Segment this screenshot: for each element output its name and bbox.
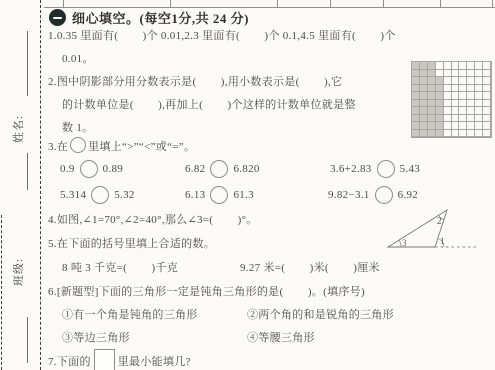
- grid-cell: [483, 100, 491, 108]
- cmp-right: 6.92: [398, 189, 418, 201]
- q3-item: 6.826.820: [185, 160, 260, 178]
- grid-cell: [475, 70, 483, 78]
- grid-cell: [444, 62, 452, 70]
- grid-cell: [459, 92, 467, 100]
- q3-item: 6.1361.3: [185, 186, 254, 204]
- grid-cell: [420, 130, 428, 138]
- grid-cell: [475, 130, 483, 138]
- grid-cell: [459, 85, 467, 93]
- angle-1-label: 1: [440, 236, 445, 246]
- exam-page: 姓名: 班级: 细心填空。(每空1分,共 24 分) 1.0.35 里面有( )…: [0, 0, 495, 370]
- cmp-right: 0.89: [103, 163, 123, 175]
- grid-cell: [444, 100, 452, 108]
- table-edge-tick: [170, 0, 171, 7]
- grid-cell: [475, 100, 483, 108]
- grid-cell: [436, 62, 444, 70]
- grid-cell: [420, 107, 428, 115]
- cmp-right: 6.820: [233, 163, 259, 175]
- grid-cell: [428, 77, 436, 85]
- grid-cell: [475, 62, 483, 70]
- q3-item: 5.3145.32: [60, 186, 135, 204]
- grid-cell: [459, 77, 467, 85]
- grid-cell: [459, 107, 467, 115]
- fold-dashed-line-left: [1, 215, 2, 370]
- grid-cell: [452, 130, 460, 138]
- grid-cell: [452, 107, 460, 115]
- grid-cell: [444, 85, 452, 93]
- grid-cell: [412, 130, 420, 138]
- grid-cell: [420, 115, 428, 123]
- cmp-right: 5.32: [114, 189, 134, 201]
- grid-cell: [475, 122, 483, 130]
- grid-cell: [428, 115, 436, 123]
- margin-line: [27, 31, 28, 96]
- grid-cell: [412, 107, 420, 115]
- grid-cell: [412, 92, 420, 100]
- grid-cell: [483, 77, 491, 85]
- grid-cell: [444, 77, 452, 85]
- grid-cell: [452, 92, 460, 100]
- grid-cell: [467, 115, 475, 123]
- grid-cell: [483, 115, 491, 123]
- q6-text: 6.[新题型]下面的三角形一定是钝角三角形的是( )。(填序号): [48, 283, 365, 299]
- q5-title: 5.在下面的括号里填上合适的数。: [48, 235, 215, 251]
- grid-cell: [483, 62, 491, 70]
- grid-cell: [436, 115, 444, 123]
- comparison-circle-icon: [91, 186, 109, 204]
- grid-cell: [459, 100, 467, 108]
- q5-item1: 8 吨 3 千克=( )千克: [62, 259, 178, 275]
- grid-cell: [412, 77, 420, 85]
- q3-title-pre: 3.在: [48, 141, 68, 153]
- grid-cell: [420, 122, 428, 130]
- grid-cell: [428, 85, 436, 93]
- q2-line1: 2.图中阴影部分用分数表示是( ),用小数表示是( ),它: [48, 73, 342, 89]
- grid-cell: [420, 85, 428, 93]
- grid-cell: [467, 107, 475, 115]
- grid-cell: [475, 115, 483, 123]
- cmp-left: 3.6+2.83: [330, 163, 372, 175]
- margin-line: [27, 153, 28, 190]
- grid-cell: [428, 70, 436, 78]
- grid-cell: [483, 107, 491, 115]
- grid-cell: [436, 77, 444, 85]
- grid-cell: [452, 85, 460, 93]
- grid-cell: [436, 100, 444, 108]
- grid-cell: [452, 62, 460, 70]
- q6-option-2: ②两个角的和是锐角的三角形: [247, 306, 394, 322]
- grid-cell: [467, 92, 475, 100]
- q2-line3: 数 1。: [62, 119, 93, 135]
- answer-box: [94, 349, 115, 370]
- comparison-circle-icon: [210, 160, 228, 178]
- grid-cell: [459, 70, 467, 78]
- grid-cell: [483, 122, 491, 130]
- grid-cell: [436, 130, 444, 138]
- angle-3-label: 3: [402, 238, 407, 248]
- table-edge-tick: [63, 0, 64, 7]
- grid-cell: [412, 62, 420, 70]
- grid-cell: [412, 70, 420, 78]
- grid-cell: [428, 122, 436, 130]
- table-edge-tick: [440, 0, 441, 7]
- cmp-right: 61.3: [233, 189, 253, 201]
- comparison-circle-icon: [210, 186, 228, 204]
- cmp-left: 5.314: [60, 189, 86, 201]
- grid-cell: [467, 77, 475, 85]
- grid-cell: [436, 85, 444, 93]
- grid-cell: [412, 85, 420, 93]
- grid-cell: [475, 92, 483, 100]
- student-class-label: 班级:: [10, 257, 26, 287]
- fold-dashed-line: [40, 0, 41, 370]
- grid-cell: [467, 70, 475, 78]
- q3-item: 0.90.89: [60, 160, 123, 178]
- q3-item: 3.6+2.835.43: [330, 160, 420, 178]
- section-title: 细心填空。(每空1分,共 24 分): [72, 8, 249, 27]
- q1-line2: 0.01。: [62, 50, 94, 66]
- grid-cell: [483, 85, 491, 93]
- grid-cell: [444, 122, 452, 130]
- grid-cell: [467, 62, 475, 70]
- angle-arc: [399, 240, 401, 247]
- cmp-left: 9.82−3.1: [328, 189, 370, 201]
- grid-cell: [436, 107, 444, 115]
- grid-cell: [428, 92, 436, 100]
- grid-cell: [436, 70, 444, 78]
- table-edge-tick: [330, 0, 331, 7]
- grid-cell: [452, 70, 460, 78]
- grid-cell: [475, 85, 483, 93]
- grid-cell: [467, 122, 475, 130]
- table-edge-tick: [277, 0, 278, 7]
- grid-cell: [412, 122, 420, 130]
- cmp-left: 0.9: [60, 163, 75, 175]
- student-name-label: 姓名:: [10, 114, 26, 144]
- table-edge-tick: [383, 0, 384, 7]
- grid-cell: [428, 130, 436, 138]
- comparison-circle-icon: [80, 160, 98, 178]
- angle-2-label: 2: [437, 216, 442, 226]
- q2-line2: 的计数单位是( ),再加上( )个这样的计数单位就是整: [62, 96, 356, 112]
- grid-cell: [444, 92, 452, 100]
- q1-line1: 1.0.35 里面有( )个 0.01,2.3 里面有( )个 0.1,4.5 …: [48, 27, 396, 43]
- decimal-grid: [411, 61, 492, 138]
- grid-cell: [412, 115, 420, 123]
- grid-cell: [483, 130, 491, 138]
- q3-title: 3.在里填上“>”“<”或“=”。: [48, 137, 195, 154]
- grid-cell: [475, 107, 483, 115]
- q7-pre: 7.下面的: [48, 356, 91, 368]
- q6-option-4: ④等腰三角形: [247, 329, 315, 345]
- comparison-circle-icon: [70, 137, 86, 153]
- q5-item2: 9.27 米=( )米( )厘米: [240, 259, 380, 275]
- q7-post: 里最小能填几?: [118, 356, 191, 368]
- grid-cell: [475, 77, 483, 85]
- grid-cell: [428, 62, 436, 70]
- grid-cell: [483, 92, 491, 100]
- grid-cell: [420, 62, 428, 70]
- cmp-left: 6.82: [185, 163, 205, 175]
- grid-cell: [459, 130, 467, 138]
- grid-cell: [467, 130, 475, 138]
- grid-cell: [483, 70, 491, 78]
- grid-cell: [452, 115, 460, 123]
- table-edge-tick: [492, 0, 493, 7]
- grid-cell: [452, 77, 460, 85]
- q3-title-post: 里填上“>”“<”或“=”。: [88, 141, 195, 153]
- q6-option-3: ③等边三角形: [62, 329, 130, 345]
- grid-cell: [420, 77, 428, 85]
- comparison-circle-icon: [377, 160, 395, 178]
- grid-cell: [412, 100, 420, 108]
- q6-option-1: ①有一个角是钝角的三角形: [62, 306, 198, 322]
- margin-line: [27, 317, 28, 363]
- grid-cell: [444, 115, 452, 123]
- grid-cell: [436, 92, 444, 100]
- q4-text: 4.如图,∠1=70°,∠2=40°,那么∠3=( )°。: [48, 211, 258, 227]
- grid-cell: [420, 70, 428, 78]
- grid-cell: [436, 122, 444, 130]
- grid-cell: [444, 70, 452, 78]
- grid-cell: [420, 100, 428, 108]
- cmp-right: 5.43: [400, 163, 420, 175]
- section-one-badge-icon: [49, 9, 66, 26]
- grid-cell: [428, 107, 436, 115]
- grid-cell: [459, 62, 467, 70]
- grid-cell: [467, 85, 475, 93]
- grid-cell: [459, 115, 467, 123]
- grid-cell: [467, 100, 475, 108]
- grid-cell: [444, 130, 452, 138]
- grid-cell: [452, 122, 460, 130]
- grid-cell: [459, 122, 467, 130]
- grid-cell: [452, 100, 460, 108]
- cmp-left: 6.13: [185, 189, 205, 201]
- grid-cell: [444, 107, 452, 115]
- triangle-figure: 3 2 1: [383, 201, 495, 259]
- grid-cell: [420, 92, 428, 100]
- q7-text: 7.下面的里最小能填几?: [48, 349, 191, 370]
- grid-cell: [428, 100, 436, 108]
